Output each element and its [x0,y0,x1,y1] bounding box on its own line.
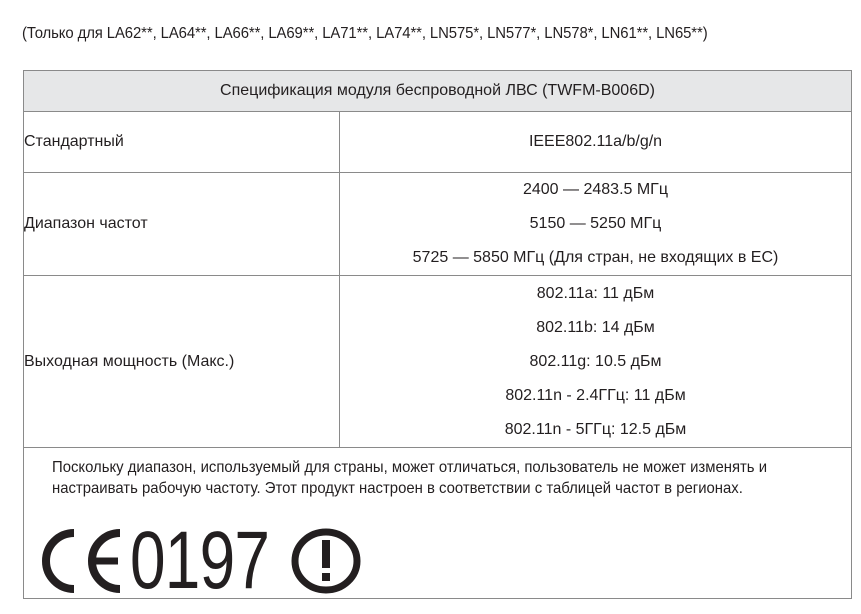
power-value: 802.11b: 14 дБм [340,311,851,345]
ce-mark-icon [38,529,124,593]
frequency-band: 5725 — 5850 МГц (Для стран, не входящих … [340,241,851,275]
frequency-band: 2400 — 2483.5 МГц [340,173,851,207]
row-label: Выходная мощность (Макс.) [24,276,340,448]
power-value: 802.11n - 2.4ГГц: 11 дБм [340,379,851,413]
power-value: 802.11n - 5ГГц: 12.5 дБм [340,413,851,447]
row-value: 802.11a: 11 дБм 802.11b: 14 дБм 802.11g:… [340,276,852,448]
model-applicability-note: (Только для LA62**, LA64**, LA66**, LA69… [22,23,785,44]
frequency-band: 5150 — 5250 МГц [340,207,851,241]
table-row-standard: Стандартный IEEE802.11a/b/g/n [24,112,852,173]
row-value: IEEE802.11a/b/g/n [340,112,852,173]
row-value: 2400 — 2483.5 МГц 5150 — 5250 МГц 5725 —… [340,173,852,276]
certification-marks: 0197 [38,528,362,594]
table-row-note: Поскольку диапазон, используемый для стр… [24,448,852,599]
row-label: Стандартный [24,112,340,173]
frequency-note: Поскольку диапазон, используемый для стр… [52,457,824,499]
wlan-spec-table: Спецификация модуля беспроводной ЛВС (TW… [23,70,852,599]
class2-alert-icon [290,528,362,594]
table-row-frequency: Диапазон частот 2400 — 2483.5 МГц 5150 —… [24,173,852,276]
table-title: Спецификация модуля беспроводной ЛВС (TW… [24,71,852,112]
power-value: 802.11g: 10.5 дБм [340,345,851,379]
row-label: Диапазон частот [24,173,340,276]
power-value: 802.11a: 11 дБм [340,277,851,311]
note-cell: Поскольку диапазон, используемый для стр… [24,448,852,599]
notified-body-number: 0197 [130,528,247,594]
standard-value: IEEE802.11a/b/g/n [340,125,851,159]
table-row-output-power: Выходная мощность (Макс.) 802.11a: 11 дБ… [24,276,852,448]
